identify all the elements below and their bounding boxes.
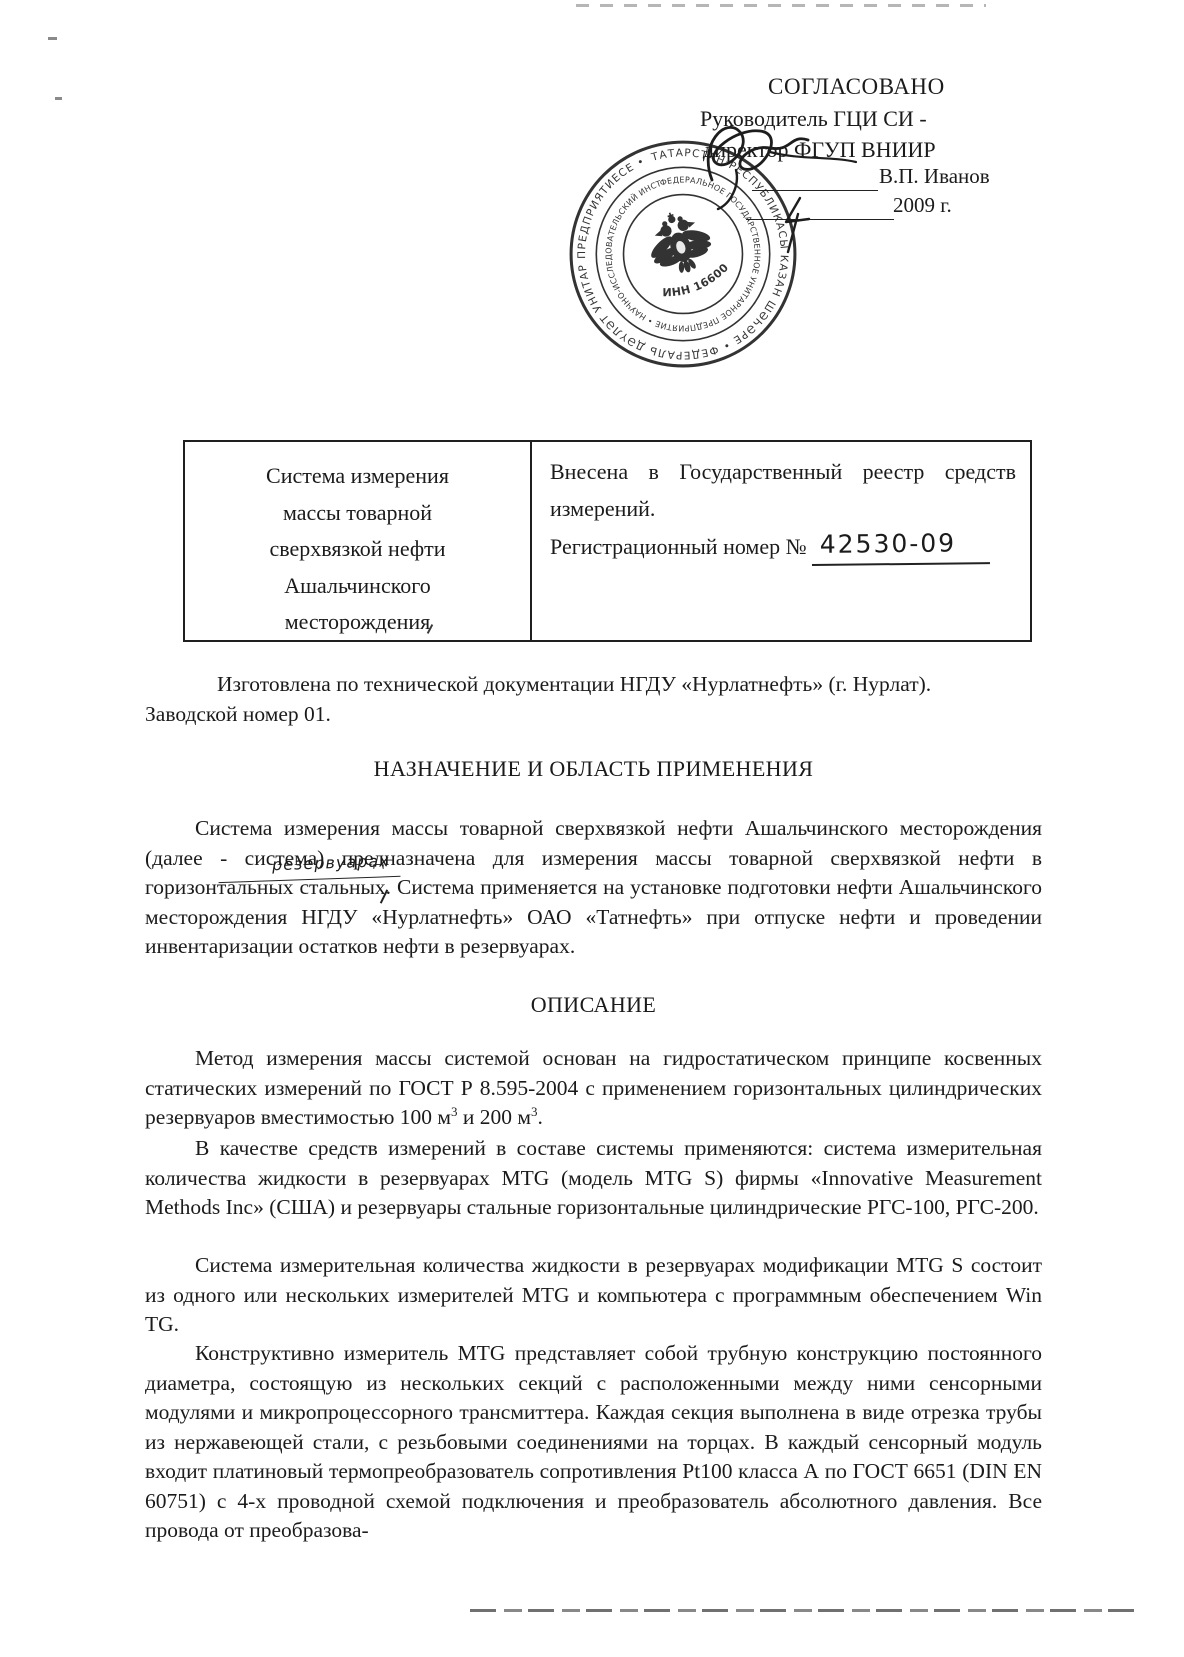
document-page: СОГЛАСОВАНО Руководитель ГЦИ СИ - директ… xyxy=(0,0,1184,1657)
system-name-line: сверхвязкой нефти xyxy=(185,531,530,568)
table-cell-registry-entry: Внесена в Государственный реестр средств… xyxy=(532,442,1030,640)
registration-number-label: Регистрационный номер № xyxy=(550,534,807,559)
system-name-line: месторождения xyxy=(185,604,530,641)
table-cell-system-name: Система измерения массы товарной сверхвя… xyxy=(185,442,532,640)
description-p1-text: . xyxy=(538,1105,543,1129)
section-heading-purpose: НАЗНАЧЕНИЕ И ОБЛАСТЬ ПРИМЕНЕНИЯ xyxy=(145,754,1042,784)
manufacture-note: Изготовлена по технической документации … xyxy=(145,669,1042,729)
manufacture-line1: Изготовлена по технической документации … xyxy=(145,669,1042,699)
manufacture-line2: Заводской номер 01. xyxy=(145,699,1042,729)
registry-table: Система измерения массы товарной сверхвя… xyxy=(183,440,1032,642)
scan-speck xyxy=(48,37,57,40)
description-paragraph-4: Конструктивно измеритель MTG представляе… xyxy=(145,1339,1042,1546)
approval-title: СОГЛАСОВАНО xyxy=(768,74,945,100)
registry-entry-text: Внесена в Государственный реестр средств… xyxy=(550,453,1016,527)
system-name-line: Система измерения xyxy=(185,458,530,495)
system-name-line: массы товарной xyxy=(185,495,530,532)
purpose-paragraph: Система измерения массы товарной сверхвя… xyxy=(145,814,1042,962)
description-p1-text: и 200 м xyxy=(458,1105,532,1129)
scan-speck xyxy=(55,97,62,100)
system-name-line: Ашальчинского xyxy=(185,568,530,605)
section-heading-description: ОПИСАНИЕ xyxy=(145,990,1042,1020)
handwritten-signature xyxy=(640,110,1000,260)
handwritten-date-mark xyxy=(786,198,809,252)
description-paragraph-1: Метод измерения массы системой основан н… xyxy=(145,1044,1042,1133)
handwritten-registration-number: 42530-09 xyxy=(812,524,990,566)
description-paragraph-3: Система измерительная количества жидкост… xyxy=(145,1251,1042,1340)
description-p1-text: Метод измерения массы системой основан н… xyxy=(145,1046,1042,1129)
description-paragraph-2: В качестве средств измерений в составе с… xyxy=(145,1134,1042,1223)
scan-artifact-top-line xyxy=(576,4,986,7)
scan-artifact-bottom-line xyxy=(470,1609,1134,1612)
handwritten-insert-word: резервуарах xyxy=(217,845,400,882)
